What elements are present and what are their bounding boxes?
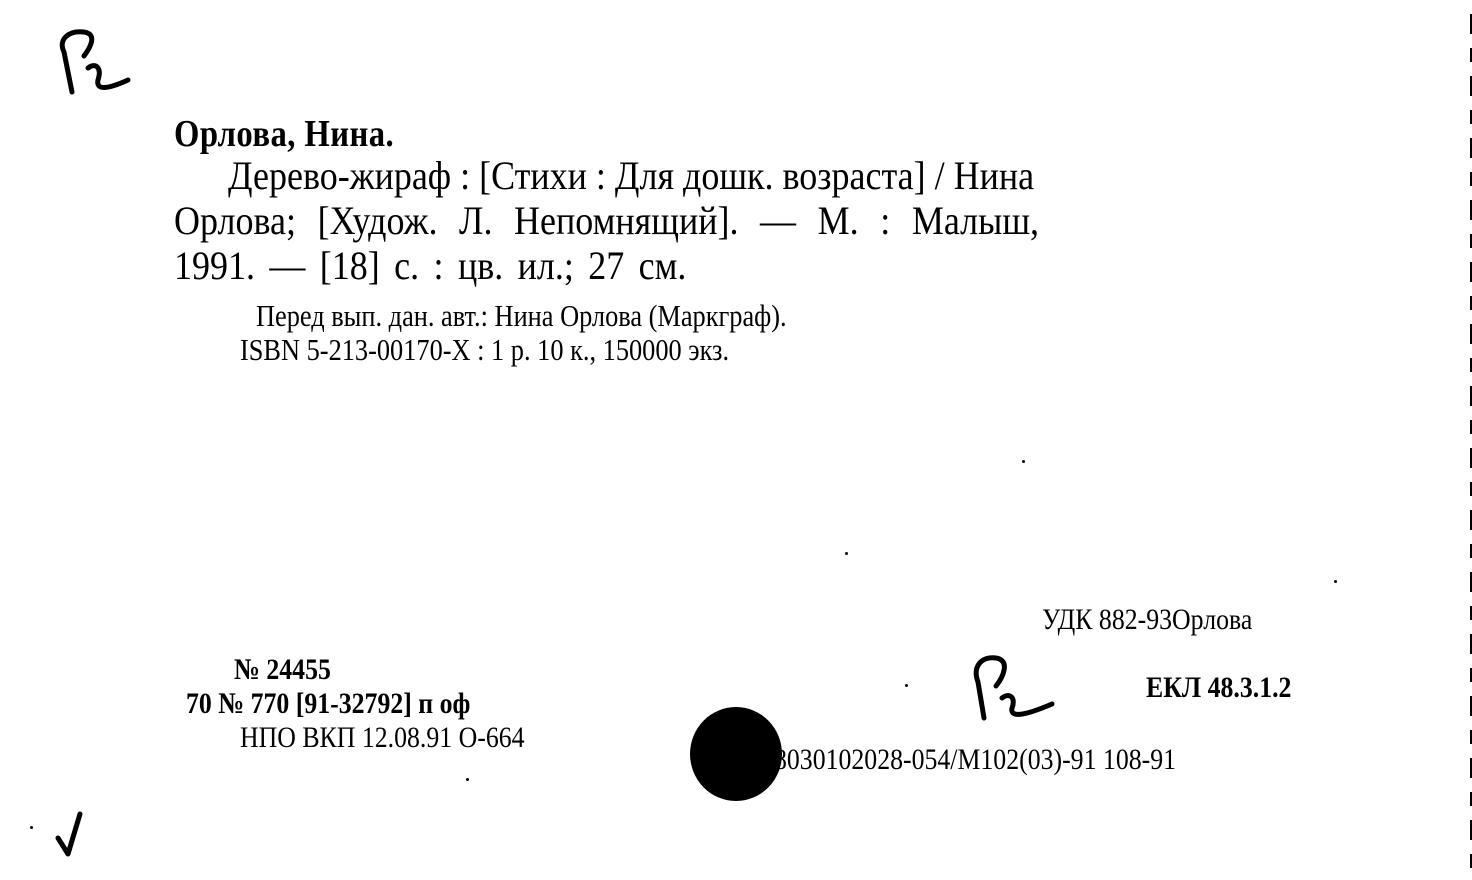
author-heading: Орлова, Нина. — [174, 112, 394, 156]
speck — [466, 778, 469, 781]
speck — [905, 684, 908, 687]
title-line-1: Дерево-жираф : [Стихи : Для дошк. возрас… — [228, 156, 1034, 196]
isbn-line: ISBN 5-213-00170-X : 1 р. 10 к., 150000 … — [240, 334, 729, 366]
publisher-date: НПО ВКП 12.08.91 О-664 — [240, 722, 525, 754]
card-number: № 24455 — [234, 654, 331, 686]
ekl-code: ЕКЛ 48.3.1.2 — [1146, 672, 1291, 704]
catalog-code: 8030102028-054/М102(03)-91 108-91 — [774, 744, 1176, 776]
handwritten-check-mark — [52, 808, 92, 860]
print-order: 70 № 770 [91-32792] п оф — [186, 688, 470, 720]
punch-hole — [690, 707, 782, 801]
author-note: Перед вып. дан. авт.: Нина Орлова (Маркг… — [256, 300, 787, 332]
handwritten-shelf-mark-middle — [968, 646, 1058, 722]
handwritten-shelf-mark-top — [50, 22, 140, 102]
title-line-2: Орлова; [Худож. Л. Непомнящий]. — М. : М… — [174, 201, 1039, 241]
speck — [30, 826, 33, 829]
title-line-3: 1991. — [18] с. : цв. ил.; 27 см. — [174, 246, 686, 286]
catalog-card: Орлова, Нина. Дерево-жираф : [Стихи : Дл… — [0, 0, 1472, 880]
speck — [1022, 460, 1025, 463]
udk-code: УДК 882-93Орлова — [1042, 604, 1252, 636]
speck — [1334, 580, 1337, 583]
speck — [845, 552, 848, 555]
